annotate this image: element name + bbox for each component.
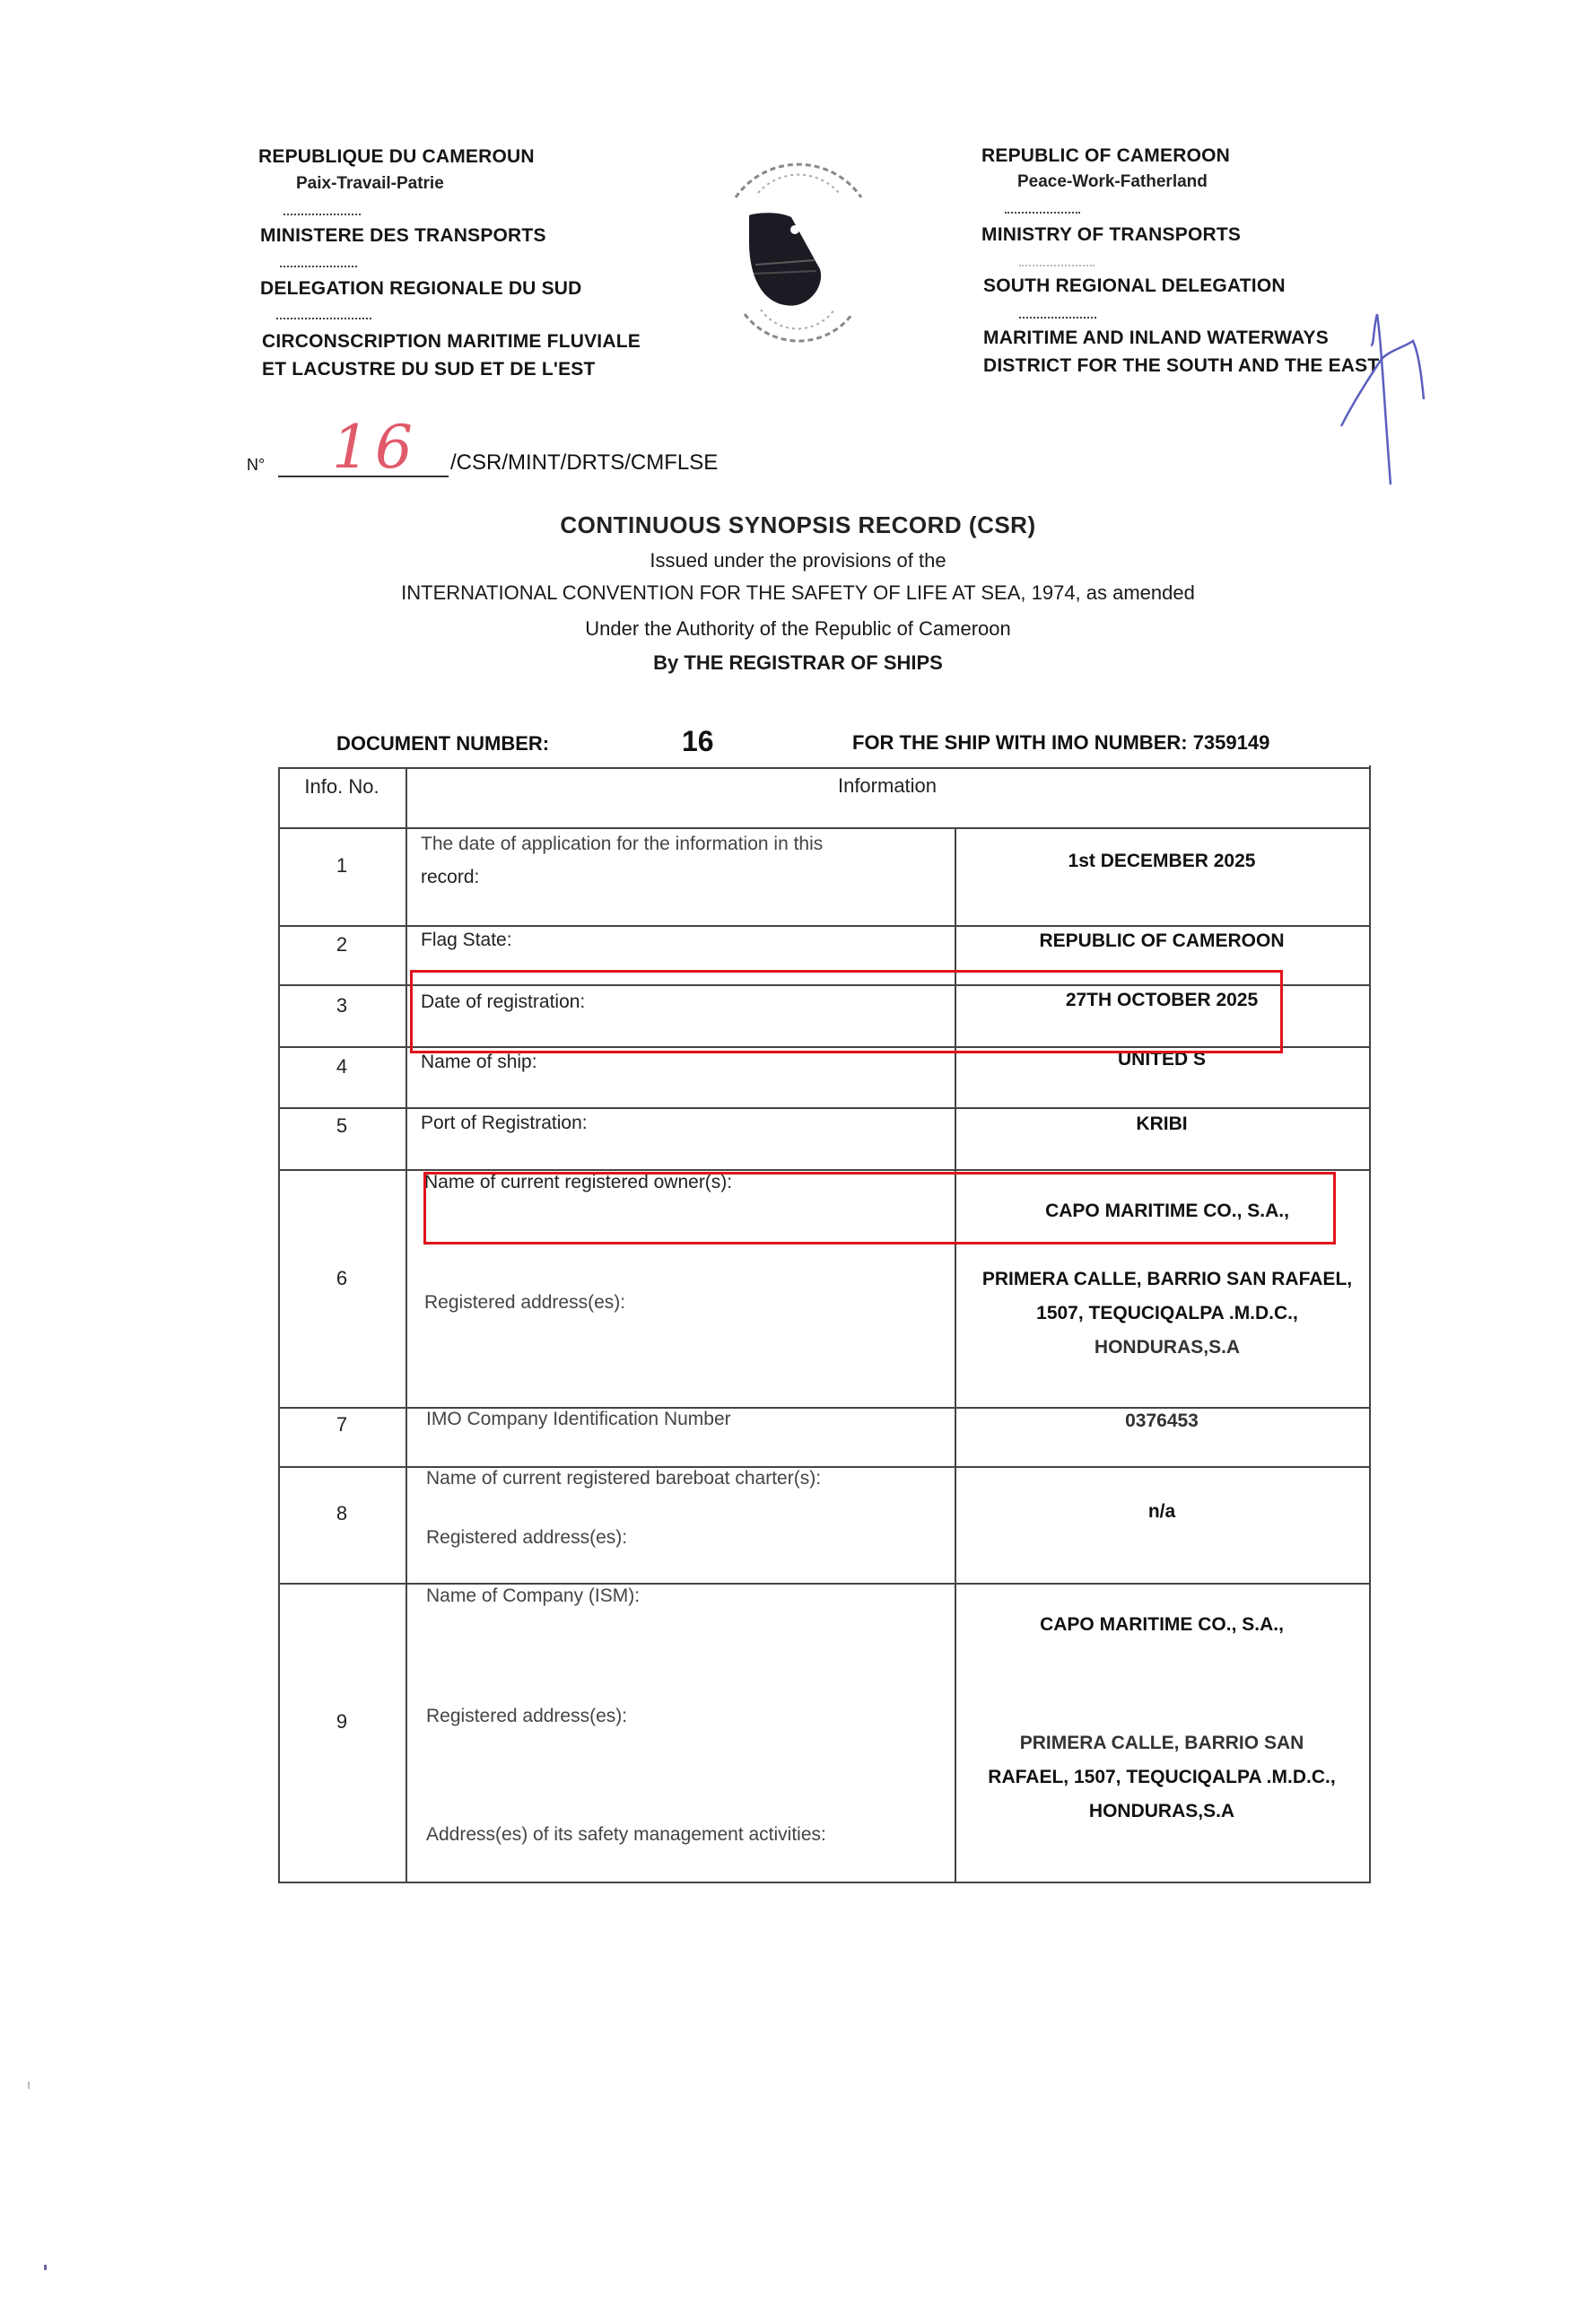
letterhead-left-ministry: MINISTERE DES TRANSPORTS bbox=[260, 225, 546, 247]
letterhead-left-district-1: CIRCONSCRIPTION MARITIME FLUVIALE bbox=[262, 331, 641, 353]
divider bbox=[276, 318, 371, 319]
row-number: 3 bbox=[278, 994, 406, 1017]
row-value: PRIMERA CALLE, BARRIO SAN RAFAEL, bbox=[960, 1262, 1374, 1297]
letterhead-left-country: REPUBLIQUE DU CAMEROUN bbox=[258, 146, 535, 168]
issued-under-line: Issued under the provisions of the bbox=[0, 549, 1596, 572]
letterhead-left-motto: Paix-Travail-Patrie bbox=[296, 174, 444, 194]
row-label: Flag State: bbox=[421, 930, 512, 951]
row-value: 1507, TEQUCIQALPA .M.D.C., bbox=[960, 1297, 1374, 1331]
reference-code: /CSR/MINT/DRTS/CMFLSE bbox=[450, 450, 718, 476]
column-header-info-no: Info. No. bbox=[278, 775, 406, 799]
row-value: KRIBI bbox=[955, 1107, 1369, 1141]
letterhead-left-delegation: DELEGATION REGIONALE DU SUD bbox=[260, 278, 582, 300]
row-value: RAFAEL, 1507, TEQUCIQALPA .M.D.C., bbox=[955, 1760, 1369, 1795]
authority-line: Under the Authority of the Republic of C… bbox=[0, 617, 1596, 641]
row-value: 0376453 bbox=[955, 1404, 1369, 1438]
letterhead-right-motto: Peace-Work-Fatherland bbox=[1017, 172, 1208, 192]
document-number: 16 bbox=[682, 725, 714, 758]
highlight-box-registered-owner bbox=[423, 1172, 1336, 1245]
row-label: IMO Company Identification Number bbox=[426, 1409, 731, 1430]
row-label: Port of Registration: bbox=[421, 1113, 588, 1134]
row-label: The date of application for the informat… bbox=[421, 834, 823, 855]
divider bbox=[280, 266, 357, 267]
row-number: 8 bbox=[278, 1502, 406, 1525]
row-number: 6 bbox=[278, 1267, 406, 1290]
letterhead-right-delegation: SOUTH REGIONAL DELEGATION bbox=[983, 275, 1286, 297]
row-label: Registered address(es): bbox=[426, 1706, 627, 1727]
row-label: Registered address(es): bbox=[424, 1292, 625, 1314]
coat-of-arms-seal-icon bbox=[709, 135, 888, 350]
divider bbox=[283, 214, 361, 215]
row-number: 2 bbox=[278, 933, 406, 956]
letterhead-left-district-2: ET LACUSTRE DU SUD ET DE L'EST bbox=[262, 359, 596, 380]
row-value: HONDURAS,S.A bbox=[960, 1331, 1374, 1365]
letterhead-right-ministry: MINISTRY OF TRANSPORTS bbox=[981, 224, 1241, 246]
highlight-box-date-of-registration bbox=[410, 970, 1283, 1053]
divider bbox=[1019, 265, 1095, 266]
row-value: CAPO MARITIME CO., S.A., bbox=[955, 1608, 1369, 1642]
column-header-information: Information bbox=[406, 774, 1369, 798]
imo-number-label: FOR THE SHIP WITH IMO NUMBER: 7359149 bbox=[852, 731, 1269, 755]
row-label: Registered address(es): bbox=[426, 1527, 627, 1549]
row-label: Name of ship: bbox=[421, 1052, 537, 1073]
row-value: PRIMERA CALLE, BARRIO SAN bbox=[955, 1726, 1369, 1760]
letterhead-right-country: REPUBLIC OF CAMEROON bbox=[981, 145, 1230, 167]
row-value: HONDURAS,S.A bbox=[955, 1795, 1369, 1829]
reference-prefix: N° bbox=[247, 456, 265, 475]
scan-mark bbox=[28, 2082, 30, 2089]
row-label: record: bbox=[421, 867, 479, 888]
document-number-label: DOCUMENT NUMBER: bbox=[336, 732, 549, 755]
row-number: 4 bbox=[278, 1055, 406, 1079]
scan-mark bbox=[44, 2265, 47, 2270]
row-number: 9 bbox=[278, 1710, 406, 1734]
row-label: Name of current registered bareboat char… bbox=[426, 1468, 821, 1489]
letterhead-right-district-2: DISTRICT FOR THE SOUTH AND THE EAST bbox=[983, 355, 1379, 377]
row-label: Address(es) of its safety management act… bbox=[426, 1824, 826, 1846]
row-number: 1 bbox=[278, 854, 406, 878]
row-value: n/a bbox=[955, 1495, 1369, 1529]
row-label: Name of Company (ISM): bbox=[426, 1585, 640, 1607]
divider bbox=[1005, 212, 1080, 214]
document-title: CONTINUOUS SYNOPSIS RECORD (CSR) bbox=[0, 511, 1596, 539]
registrar-line: By THE REGISTRAR OF SHIPS bbox=[0, 651, 1596, 675]
letterhead-right-district-1: MARITIME AND INLAND WATERWAYS bbox=[983, 328, 1329, 349]
row-value: REPUBLIC OF CAMEROON bbox=[955, 924, 1369, 958]
row-number: 5 bbox=[278, 1114, 406, 1138]
convention-line: INTERNATIONAL CONVENTION FOR THE SAFETY … bbox=[0, 581, 1596, 605]
row-value: 1st DECEMBER 2025 bbox=[955, 844, 1369, 878]
divider bbox=[1019, 317, 1096, 319]
signature-icon bbox=[1337, 310, 1444, 489]
handwritten-reference-number: 16 bbox=[332, 413, 418, 482]
row-number: 7 bbox=[278, 1413, 406, 1437]
